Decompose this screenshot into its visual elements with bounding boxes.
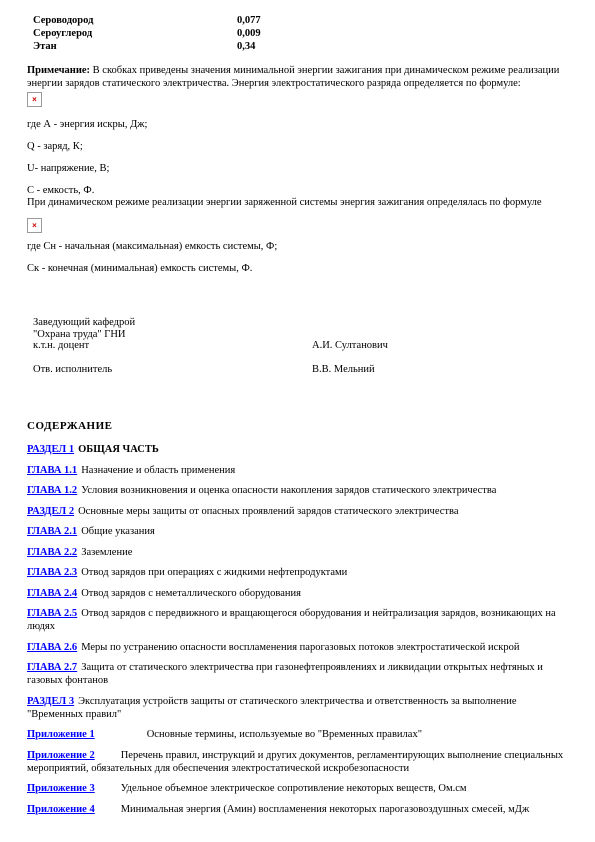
- formula-definition: Q - заряд, К;: [27, 140, 83, 153]
- signer-position-line: Заведующий кафедрой: [33, 317, 135, 329]
- table-row: Этан 0,34: [33, 40, 563, 53]
- formula-definition: U- напряжение, В;: [27, 162, 109, 175]
- toc-entry-text: Условия возникновения и оценка опасности…: [81, 485, 496, 496]
- substance-name: Сероводород: [33, 15, 93, 26]
- document-page: Сероводород 0,077 Сероуглерод 0,009 Этан…: [0, 0, 595, 842]
- toc-link-prilozhenie-2[interactable]: Приложение 2: [27, 750, 95, 761]
- formula-definition: где А - энергия искры, Дж;: [27, 118, 147, 131]
- toc-entry: ГЛАВА 1.1Назначение и область применения: [27, 464, 572, 477]
- signer-role: Отв. исполнитель: [33, 364, 112, 376]
- formula-definition: где Сн - начальная (максимальная) емкост…: [27, 240, 277, 253]
- toc-link-prilozhenie-3[interactable]: Приложение 3: [27, 783, 95, 794]
- toc-entry: ГЛАВА 2.3Отвод зарядов при операциях с ж…: [27, 566, 572, 579]
- toc-entry: ГЛАВА 2.7Защита от статического электрич…: [27, 661, 572, 687]
- substance-value: 0,077: [237, 14, 261, 27]
- toc-link-glava-2-3[interactable]: ГЛАВА 2.3: [27, 567, 77, 578]
- toc-entry-text: ОБЩАЯ ЧАСТЬ: [78, 444, 159, 455]
- signer-position-line: "Охрана труда" ГНИ: [33, 329, 135, 341]
- toc-entry-text: Отвод зарядов с передвижного и вращающег…: [27, 608, 556, 632]
- toc-link-glava-1-1[interactable]: ГЛАВА 1.1: [27, 465, 77, 476]
- toc-entry: Приложение 2Перечень правил, инструкций …: [27, 749, 572, 775]
- toc-link-glava-2-7[interactable]: ГЛАВА 2.7: [27, 662, 77, 673]
- toc-link-glava-2-2[interactable]: ГЛАВА 2.2: [27, 547, 77, 558]
- table-row: Сероуглерод 0,009: [33, 27, 563, 40]
- toc-entry: ГЛАВА 2.5Отвод зарядов с передвижного и …: [27, 607, 572, 633]
- note-text: В скобках приведены значения минимальной…: [27, 65, 559, 89]
- toc-link-razdel-3[interactable]: РАЗДЕЛ 3: [27, 696, 74, 707]
- toc-entry-text: Эксплуатация устройств защиты от статиче…: [27, 696, 517, 720]
- toc-link-razdel-2[interactable]: РАЗДЕЛ 2: [27, 506, 74, 517]
- toc-link-glava-2-5[interactable]: ГЛАВА 2.5: [27, 608, 77, 619]
- toc-link-glava-2-6[interactable]: ГЛАВА 2.6: [27, 642, 77, 653]
- toc-entry-text: Минимальная энергия (Амин) воспламенения…: [121, 804, 530, 815]
- toc-entry-text: Отвод зарядов с неметаллического оборудо…: [81, 588, 301, 599]
- toc-link-razdel-1[interactable]: РАЗДЕЛ 1: [27, 444, 74, 455]
- signer-position-line: к.т.н. доцент: [33, 340, 135, 352]
- toc-entry: ГЛАВА 2.6Меры по устранению опасности во…: [27, 641, 572, 654]
- toc-entry-text: Основные термины, используемые во "Време…: [147, 729, 422, 740]
- substance-name: Сероуглерод: [33, 28, 92, 39]
- toc-entry: РАЗДЕЛ 2Основные меры защиты от опасных …: [27, 505, 572, 518]
- signer-name: В.В. Мельний: [312, 364, 375, 376]
- table-row: Сероводород 0,077: [33, 14, 563, 27]
- toc-entry-text: Заземление: [81, 547, 132, 558]
- toc-entry: РАЗДЕЛ 3Эксплуатация устройств защиты от…: [27, 695, 572, 721]
- toc-entry-text: Перечень правил, инструкций и других док…: [27, 750, 563, 774]
- substance-value: 0,34: [237, 40, 255, 53]
- toc-entry: Приложение 3Удельное объемное электричес…: [27, 782, 572, 795]
- substance-value: 0,009: [237, 27, 261, 40]
- toc-link-prilozhenie-1[interactable]: Приложение 1: [27, 729, 95, 740]
- note-label: Примечание:: [27, 65, 90, 76]
- broken-image-x-icon: ×: [32, 222, 37, 230]
- broken-image-x-icon: ×: [32, 96, 37, 104]
- toc-entry-text: Меры по устранению опасности воспламенен…: [81, 642, 519, 653]
- toc-link-prilozhenie-4[interactable]: Приложение 4: [27, 804, 95, 815]
- toc-entry: Приложение 4Минимальная энергия (Амин) в…: [27, 803, 572, 816]
- toc-link-glava-1-2[interactable]: ГЛАВА 1.2: [27, 485, 77, 496]
- toc-entry-text: Удельное объемное электрическое сопротив…: [121, 783, 467, 794]
- toc-entry: РАЗДЕЛ 1ОБЩАЯ ЧАСТЬ: [27, 443, 572, 456]
- toc-entry: Приложение 1Основные термины, используем…: [27, 728, 572, 741]
- toc-entry: ГЛАВА 2.2Заземление: [27, 546, 572, 559]
- toc-entry-text: Общие указания: [81, 526, 155, 537]
- table-of-contents: СОДЕРЖАНИЕ РАЗДЕЛ 1ОБЩАЯ ЧАСТЬ ГЛАВА 1.1…: [27, 420, 572, 823]
- toc-entry-text: Защита от статического электричества при…: [27, 662, 543, 686]
- signer-name: А.И. Султанович: [312, 340, 388, 352]
- toc-entry-text: Основные меры защиты от опасных проявлен…: [78, 506, 458, 517]
- note-paragraph: Примечание: В скобках приведены значения…: [27, 64, 572, 90]
- toc-entry-text: Отвод зарядов при операциях с жидкими не…: [81, 567, 347, 578]
- dynamic-mode-text: При динамическом режиме реализации энерг…: [27, 196, 542, 209]
- toc-entry: ГЛАВА 2.1Общие указания: [27, 525, 572, 538]
- toc-entry: ГЛАВА 1.2Условия возникновения и оценка …: [27, 484, 572, 497]
- toc-link-glava-2-4[interactable]: ГЛАВА 2.4: [27, 588, 77, 599]
- broken-image-icon: ×: [27, 218, 42, 233]
- toc-entry-text: Назначение и область применения: [81, 465, 235, 476]
- toc-entry: ГЛАВА 2.4Отвод зарядов с неметаллическог…: [27, 587, 572, 600]
- substance-name: Этан: [33, 41, 57, 52]
- toc-title: СОДЕРЖАНИЕ: [27, 420, 572, 432]
- toc-link-glava-2-1[interactable]: ГЛАВА 2.1: [27, 526, 77, 537]
- signature-block: Заведующий кафедрой "Охрана труда" ГНИ к…: [33, 317, 135, 352]
- broken-image-icon: ×: [27, 92, 42, 107]
- formula-definition: Ск - конечная (минимальная) емкость сист…: [27, 262, 252, 275]
